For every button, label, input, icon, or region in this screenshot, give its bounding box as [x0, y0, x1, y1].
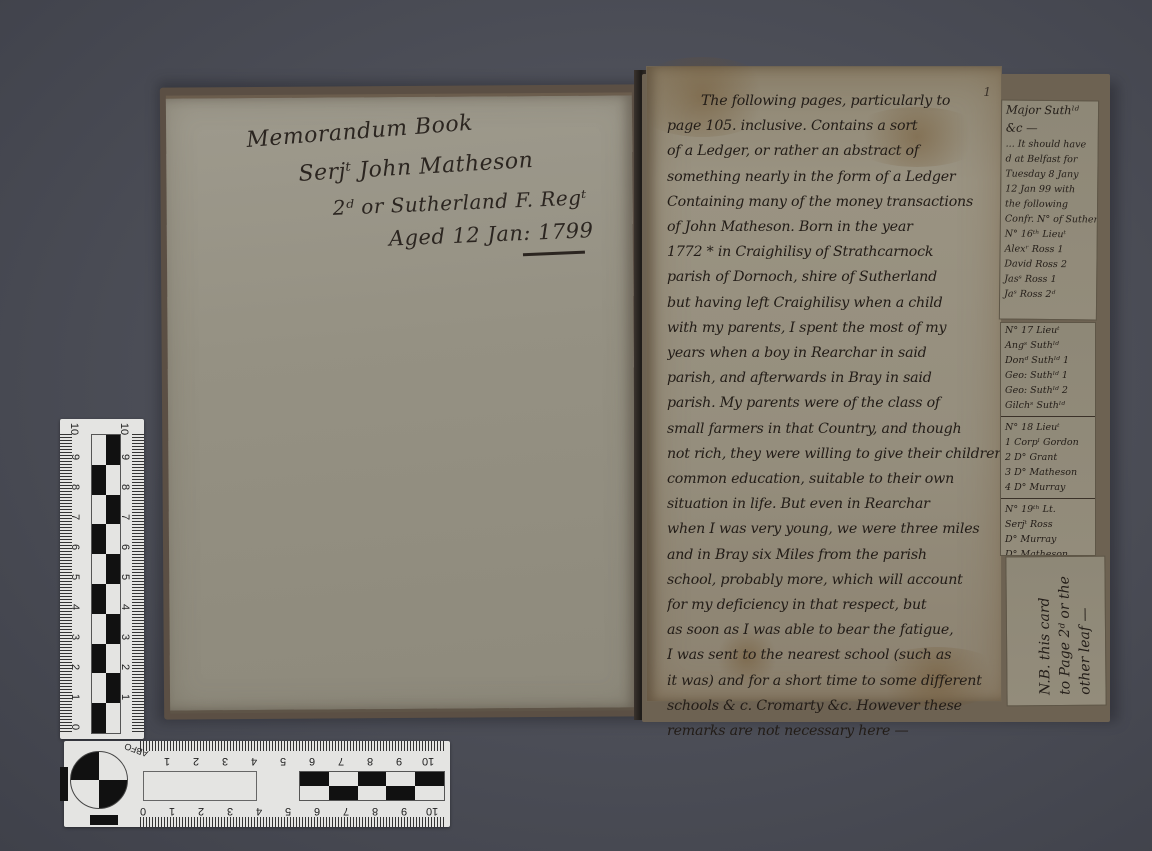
slip-line: 1 Corpˡ Gordon — [1001, 435, 1095, 450]
slip-line: Donᵈ Suthˡᵈ 1 — [1001, 353, 1095, 368]
ruler-label: 4 — [256, 805, 262, 817]
ruler-label: 5 — [280, 755, 286, 767]
ruler-label: 6 — [119, 544, 131, 550]
manuscript-line: parish, and afterwards in Bray in said — [667, 366, 1003, 391]
slip-line: Angˢ Suthˡᵈ — [1001, 338, 1095, 353]
slip-line: 2 D° Grant — [1001, 450, 1095, 465]
photo-target-icon — [70, 751, 128, 809]
manuscript-page: 1 The following pages, particularly to p… — [646, 66, 1002, 702]
slip-line: Tuesday 8 Jany — [1001, 166, 1097, 182]
slip-line: Alexʳ Ross 1 — [1001, 241, 1097, 257]
manuscript-line: remarks are not necessary here — — [667, 719, 1003, 744]
ruler-label: 8 — [367, 755, 373, 767]
ruler-ticks — [140, 741, 444, 751]
ruler-label: 8 — [69, 484, 81, 490]
manuscript-line: years when a boy in Rearchar in said — [667, 341, 1003, 366]
ruler-label: 5 — [285, 805, 291, 817]
ruler-checker-pattern — [91, 434, 121, 734]
ruler-label-box — [143, 771, 257, 801]
ruler-label: 1 — [119, 694, 131, 700]
ruler-label: 6 — [309, 755, 315, 767]
ruler-label: 3 — [222, 755, 228, 767]
manuscript-line: something nearly in the form of a Ledger — [667, 165, 1003, 190]
ruler-label: 5 — [69, 574, 81, 580]
ruler-label: 9 — [396, 755, 402, 767]
slip-line: to Page 2ᵈ or the — [1055, 576, 1076, 695]
left-flyleaf-page: Memorandum Book Serjᵗ John Matheson 2ᵈ o… — [166, 92, 636, 713]
ruler-checker-pattern — [299, 771, 445, 801]
manuscript-line: with my parents, I spent the most of my — [667, 316, 1003, 341]
manuscript-line: page 105. inclusive. Contains a sort — [667, 114, 1003, 139]
manuscript-line: not rich, they were willing to give thei… — [667, 442, 1003, 467]
scale-ruler-horizontal: ABFO 1 2 3 4 5 6 7 8 9 10 0 1 2 3 4 5 6 … — [64, 741, 450, 827]
manuscript-line: of John Matheson. Born in the year — [667, 215, 1003, 240]
manuscript-line: The following pages, particularly to — [667, 89, 1003, 114]
slip-line: N° 17 Lieuᵗ — [1001, 323, 1095, 338]
slip-line: the following — [1001, 196, 1097, 212]
slip-line: D° Murray — [1001, 532, 1095, 547]
tipped-in-slip-2: N° 17 Lieuᵗ Angˢ Suthˡᵈ Donᵈ Suthˡᵈ 1 Ge… — [1000, 322, 1096, 556]
ruler-label: 8 — [372, 805, 378, 817]
ruler-label: 9 — [119, 454, 131, 460]
slip-line: D° Matheson — [1001, 547, 1095, 556]
tipped-in-slip-3: N.B. this card to Page 2ᵈ or the other l… — [1005, 556, 1106, 707]
ruler-label: 0 — [140, 805, 146, 817]
ruler-label: 1 — [164, 755, 170, 767]
manuscript-line: situation in life. But even in Rearchar — [667, 492, 1003, 517]
slip-line: &c — — [1002, 119, 1098, 138]
manuscript-line: for my deficiency in that respect, but — [667, 593, 1003, 618]
slip-line: N° 16ᵗʰ Lieuᵗ — [1001, 226, 1097, 242]
ruler-label: 2 — [119, 664, 131, 670]
ruler-label: 2 — [198, 805, 204, 817]
ruler-label: 10 — [68, 423, 80, 435]
slip-line: 12 Jan 99 with — [1001, 181, 1097, 197]
slip-line: Confr. N° of Sutherland — [1001, 211, 1097, 227]
slip-line: Major Suthˡᵈ — [1002, 101, 1098, 120]
date-underline — [523, 251, 585, 257]
inscription-date: Aged 12 Jan: 1799 — [388, 218, 594, 251]
ruler-ticks — [140, 817, 444, 827]
slip-divider — [1001, 498, 1095, 499]
manuscript-line: school, probably more, which will accoun… — [667, 568, 1003, 593]
manuscript-line: small farmers in that Country, and thoug… — [667, 417, 1003, 442]
slip-line: Geo: Suthˡᵈ 2 — [1001, 383, 1095, 398]
slip-line: Gilchˢ Suthˡᵈ — [1001, 398, 1095, 413]
ruler-label: 9 — [69, 454, 81, 460]
ruler-label: 9 — [401, 805, 407, 817]
tipped-in-slip-1: Major Suthˡᵈ &c — ... It should have d a… — [999, 99, 1099, 320]
scale-ruler-vertical: 0 1 2 3 4 5 6 7 8 9 10 1 2 3 4 5 6 7 8 9… — [60, 419, 144, 739]
ruler-label: 0 — [69, 724, 81, 730]
ruler-label: 10 — [426, 805, 438, 817]
ruler-label: 2 — [193, 755, 199, 767]
slip-line: ... It should have — [1002, 137, 1098, 153]
manuscript-line: when I was very young, we were three mil… — [667, 517, 1003, 542]
alignment-mark — [90, 815, 118, 825]
manuscript-line: as soon as I was able to bear the fatigu… — [667, 618, 1003, 643]
slip-note-vertical: N.B. this card to Page 2ᵈ or the other l… — [1035, 576, 1096, 695]
ruler-label: 10 — [118, 423, 130, 435]
manuscript-line: of a Ledger, or rather an abstract of — [667, 139, 1003, 164]
ruler-label: 1 — [69, 694, 81, 700]
ruler-label: 8 — [119, 484, 131, 490]
ruler-label: 3 — [227, 805, 233, 817]
ruler-label: 4 — [69, 604, 81, 610]
ruler-label: 7 — [119, 514, 131, 520]
inscription-owner: Serjᵗ John Matheson — [298, 148, 534, 187]
ruler-ticks — [132, 434, 144, 734]
slip-line: other leaf — — [1075, 576, 1096, 695]
inscription-title: Memorandum Book — [245, 111, 473, 153]
manuscript-line: I was sent to the nearest school (such a… — [667, 643, 1003, 668]
ruler-label: 1 — [169, 805, 175, 817]
ruler-label: 3 — [69, 634, 81, 640]
slip-line: d at Belfast for — [1001, 152, 1097, 168]
ruler-label: 6 — [314, 805, 320, 817]
ruler-ticks — [60, 434, 72, 734]
manuscript-line: parish. My parents were of the class of — [667, 391, 1003, 416]
ruler-label: 7 — [338, 755, 344, 767]
slip-line: 3 D° Matheson — [1001, 465, 1095, 480]
ruler-label: 4 — [251, 755, 257, 767]
photo-stage: Memorandum Book Serjᵗ John Matheson 2ᵈ o… — [0, 0, 1152, 851]
manuscript-line: it was) and for a short time to some dif… — [667, 669, 1003, 694]
inscription-regiment: 2ᵈ or Sutherland F. Regᵗ — [332, 185, 587, 220]
ruler-label: 6 — [69, 544, 81, 550]
manuscript-line: common education, suitable to their own — [667, 467, 1003, 492]
slip-line: N° 18 Lieuᵗ — [1001, 420, 1095, 435]
ruler-label: 3 — [119, 634, 131, 640]
manuscript-line: 1772 * in Craighilisy of Strathcarnock — [667, 240, 1003, 265]
ruler-label: 5 — [119, 574, 131, 580]
slip-line: Jaˢ Ross 2ᵈ — [1000, 286, 1096, 302]
slip-divider — [1001, 416, 1095, 417]
slip-line: Jasˢ Ross 1 — [1000, 271, 1096, 287]
ruler-label: 10 — [422, 755, 434, 767]
ruler-label: 7 — [343, 805, 349, 817]
manuscript-line: and in Bray six Miles from the parish — [667, 543, 1003, 568]
ruler-label: 2 — [69, 664, 81, 670]
alignment-mark — [60, 767, 68, 801]
slip-line: Serjᵗ Ross — [1001, 517, 1095, 532]
ruler-label: 4 — [119, 604, 131, 610]
ruler-label: 7 — [69, 514, 81, 520]
slip-line: David Ross 2 — [1000, 256, 1096, 272]
manuscript-line: parish of Dornoch, shire of Sutherland — [667, 265, 1003, 290]
slip-line: Geo: Suthˡᵈ 1 — [1001, 368, 1095, 383]
slip-line: 4 D° Murray — [1001, 480, 1095, 495]
manuscript-line: Containing many of the money transaction… — [667, 190, 1003, 215]
slip-line: N.B. this card — [1035, 576, 1056, 695]
manuscript-line: schools & c. Cromarty &c. However these — [667, 694, 1003, 719]
slip-line: N° 19ᵗʰ Lt. — [1001, 502, 1095, 517]
manuscript-line: but having left Craighilisy when a child — [667, 291, 1003, 316]
manuscript-text: The following pages, particularly to pag… — [667, 89, 1003, 744]
